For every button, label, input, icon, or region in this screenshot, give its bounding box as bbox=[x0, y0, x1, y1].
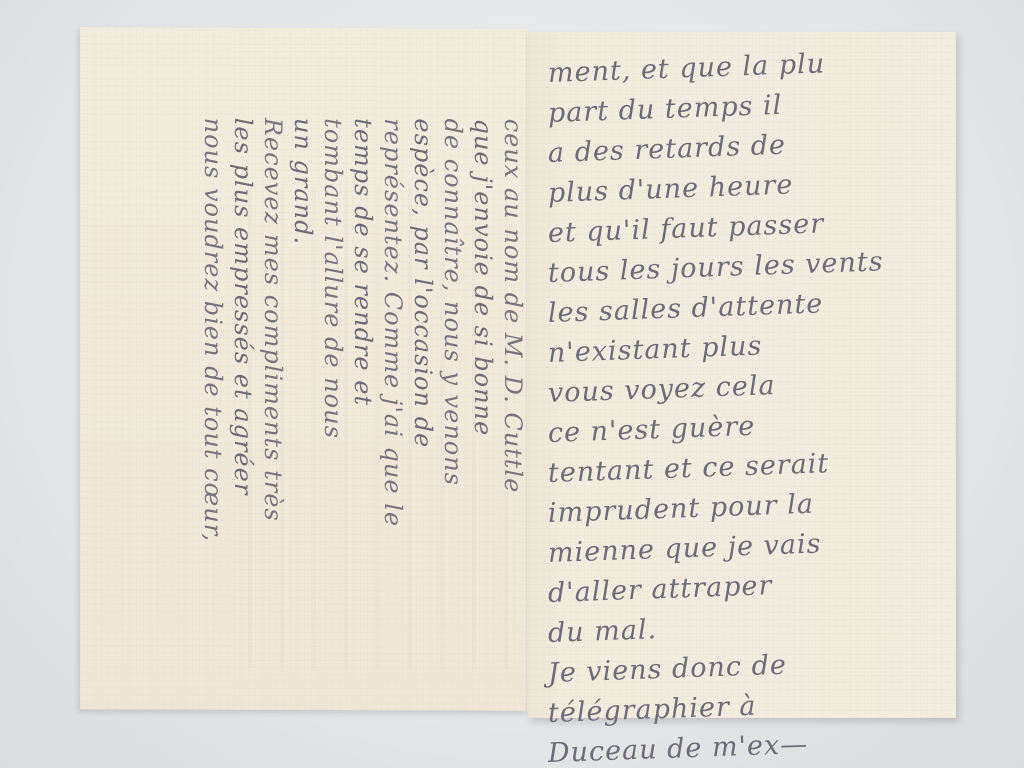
right-page-text: ment, et que la plu part du temps il a d… bbox=[548, 54, 948, 768]
handwritten-line: Recevez mes compliments très bbox=[258, 118, 288, 708]
handwritten-line: un grand. bbox=[288, 118, 318, 708]
left-page-text: ceux au nom de M. D. Cuttle que j'envoie… bbox=[198, 118, 528, 709]
handwritten-line: représentez. Comme j'ai que le bbox=[378, 118, 408, 708]
left-page: ceux au nom de M. D. Cuttle que j'envoie… bbox=[80, 27, 528, 711]
open-letter-photo: ceux au nom de M. D. Cuttle que j'envoie… bbox=[0, 0, 1024, 768]
handwritten-line: tombant l'allure de nous bbox=[318, 118, 348, 708]
handwritten-line: nous voudrez bien de tout cœur, bbox=[198, 118, 228, 708]
handwritten-line: ceux au nom de M. D. Cuttle bbox=[498, 119, 528, 709]
handwritten-line: de connaître, nous y venons bbox=[438, 118, 468, 708]
handwritten-line: temps de se rendre et bbox=[348, 118, 378, 708]
right-page: ment, et que la plu part du temps il a d… bbox=[528, 32, 956, 718]
handwritten-line: que j'envoie de si bonne bbox=[468, 119, 498, 709]
handwritten-line: les plus empressés et agréer bbox=[228, 118, 258, 708]
handwritten-line: espèce, par l'occasion de bbox=[408, 118, 438, 708]
